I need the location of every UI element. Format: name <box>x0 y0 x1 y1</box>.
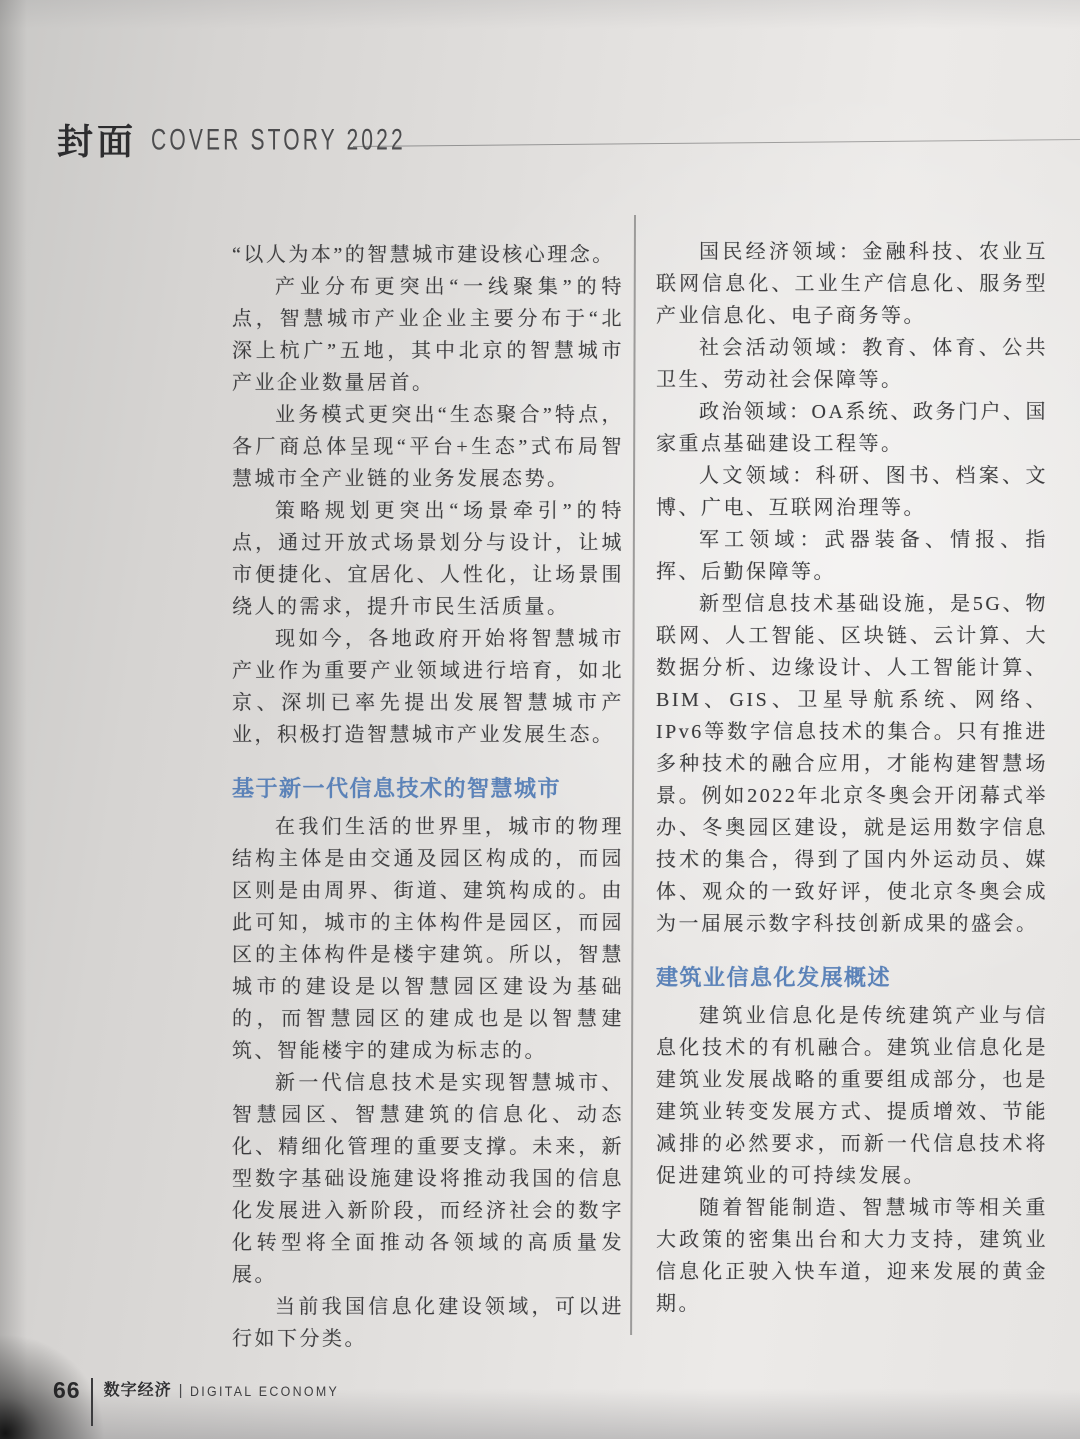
page-header: 封面COVER STORY 2022 <box>57 114 478 164</box>
paragraph: 在我们生活的世界里，城市的物理结构主体是由交通及园区构成的，而园区则是由周界、街… <box>232 811 624 1067</box>
magazine-name-cn: 数字经济 <box>104 1380 172 1402</box>
page-number: 66 <box>53 1378 81 1402</box>
section-title-en: COVER STORY 2022 <box>151 124 406 157</box>
paragraph: 当前我国信息化建设领域，可以进行如下分类。 <box>232 1291 624 1355</box>
paragraph: 人文领域：科研、图书、档案、文博、广电、互联网治理等。 <box>656 460 1048 524</box>
magazine-page: 封面COVER STORY 2022 “以人为本”的智慧城市建设核心理念。 产业… <box>0 0 1080 1439</box>
column-divider <box>630 215 635 1335</box>
footer-separator: | <box>179 1380 183 1402</box>
paragraph: 策略规划更突出“场景牵引”的特点，通过开放式场景划分与设计，让城市便捷化、宜居化… <box>232 495 624 623</box>
paragraph: 随着智能制造、智慧城市等相关重大政策的密集出台和大力支持，建筑业信息化正驶入快车… <box>656 1192 1048 1320</box>
page-footer: 66 数字经济 | DIGITAL ECONOMY <box>53 1378 352 1426</box>
left-column: “以人为本”的智慧城市建设核心理念。 产业分布更突出“一线聚集”的特点，智慧城市… <box>232 239 624 1355</box>
paragraph: 国民经济领域：金融科技、农业互联网信息化、工业生产信息化、服务型产业信息化、电子… <box>656 236 1048 332</box>
paragraph: 产业分布更突出“一线聚集”的特点，智慧城市产业企业主要分布于“北深上杭广”五地，… <box>232 271 624 399</box>
footer-divider <box>91 1378 93 1426</box>
section-heading-smart-city: 基于新一代信息技术的智慧城市 <box>232 773 624 805</box>
paragraph: 军工领域：武器装备、情报、指挥、后勤保障等。 <box>656 524 1048 588</box>
paragraph: 社会活动领域：教育、体育、公共卫生、劳动社会保障等。 <box>656 332 1048 396</box>
paragraph: 业务模式更突出“生态聚合”特点，各厂商总体呈现“平台+生态”式布局智慧城市全产业… <box>232 399 624 495</box>
paragraph: “以人为本”的智慧城市建设核心理念。 <box>232 239 624 271</box>
paragraph: 现如今，各地政府开始将智慧城市产业作为重要产业领域进行培育，如北京、深圳已率先提… <box>232 623 624 751</box>
paragraph: 新型信息技术基础设施，是5G、物联网、人工智能、区块链、云计算、大数据分析、边缘… <box>656 588 1048 940</box>
right-column: 国民经济领域：金融科技、农业互联网信息化、工业生产信息化、服务型产业信息化、电子… <box>656 236 1048 1320</box>
magazine-name-en: DIGITAL ECONOMY <box>190 1381 339 1403</box>
paragraph: 新一代信息技术是实现智慧城市、智慧园区、智慧建筑的信息化、动态化、精细化管理的重… <box>232 1067 624 1291</box>
section-heading-construction: 建筑业信息化发展概述 <box>656 962 1048 994</box>
section-title-cn: 封面 <box>57 121 137 162</box>
paragraph: 建筑业信息化是传统建筑产业与信息化技术的有机融合。建筑业信息化是建筑业发展战略的… <box>656 1000 1048 1192</box>
paragraph: 政治领域：OA系统、政务门户、国家重点基础建设工程等。 <box>656 396 1048 460</box>
